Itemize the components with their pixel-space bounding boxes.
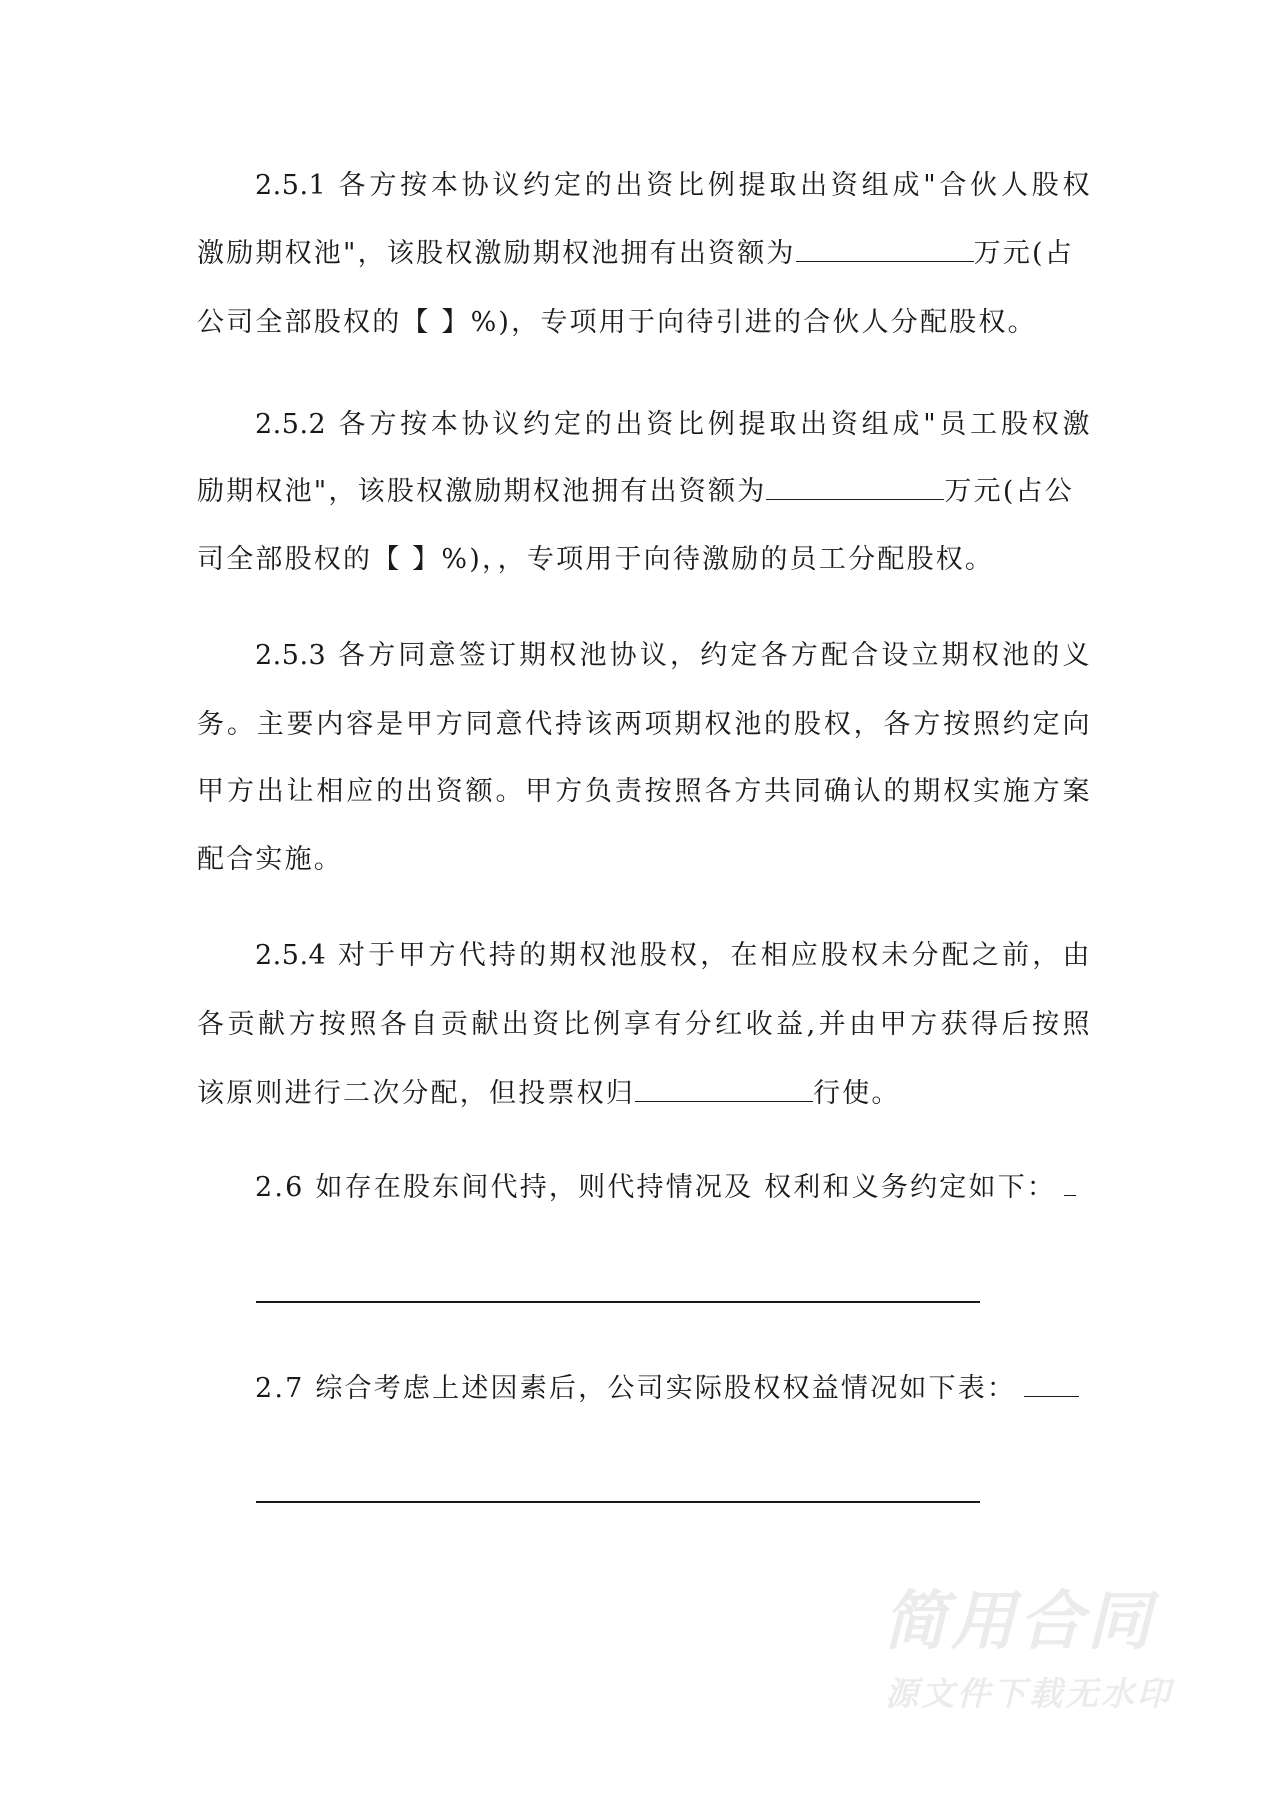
clause-text: 2.6 如存在股东间代持，则代持情况及 权利和义务约定如下：: [255, 1172, 1056, 1203]
clause-2-5-1-line-1: 2.5.1 各方按本协议约定的出资比例提取出资组成"合伙人股权: [255, 166, 1090, 206]
clause-2-5-3-line-3: 甲方出让相应的出资额。甲方负责按照各方共同确认的期权实施方案: [197, 772, 1090, 812]
clause-text: 行使。: [813, 1078, 901, 1109]
clause-2-5-3-line-4: 配合实施。: [197, 840, 343, 880]
watermark-logo: 简用合同: [883, 1586, 1179, 1658]
clause-2-6-line-1: 2.6 如存在股东间代持，则代持情况及 权利和义务约定如下：: [255, 1168, 1076, 1208]
clause-2-5-4-line-3: 该原则进行二次分配，但投票权归行使。: [197, 1074, 901, 1114]
proxy-holding-fill-line[interactable]: [256, 1301, 980, 1303]
watermark-subtitle: 源文件下载无水印: [885, 1674, 1181, 1714]
equity-table-fill-line[interactable]: [256, 1501, 980, 1503]
clause-text: 万元(占: [974, 238, 1074, 269]
document-page: 2.5.1 各方按本协议约定的出资比例提取出资组成"合伙人股权 激励期权池"，该…: [0, 0, 1280, 1810]
clause-2-5-2-line-2: 励期权池"，该股权激励期权池拥有出资额为万元(占公: [197, 472, 1090, 512]
clause-2-5-4-line-2: 各贡献方按照各自贡献出资比例享有分红收益,并由甲方获得后按照: [197, 1005, 1090, 1045]
clause-2-5-2-line-1: 2.5.2 各方按本协议约定的出资比例提取出资组成"员工股权激: [255, 405, 1090, 445]
capital-amount-blank[interactable]: [766, 473, 944, 500]
equity-table-blank[interactable]: [1024, 1370, 1079, 1397]
clause-2-5-4-line-1: 2.5.4 对于甲方代持的期权池股权，在相应股权未分配之前，由: [255, 936, 1090, 976]
clause-text: 激励期权池"，该股权激励期权池拥有出资额为: [197, 238, 796, 269]
clause-2-5-1-line-2: 激励期权池"，该股权激励期权池拥有出资额为万元(占: [197, 234, 1090, 274]
clause-2-5-3-line-2: 务。主要内容是甲方同意代持该两项期权池的股权，各方按照约定向: [197, 705, 1090, 745]
clause-text: 2.7 综合考虑上述因素后，公司实际股权权益情况如下表：: [255, 1373, 1016, 1404]
clause-2-5-3-line-1: 2.5.3 各方同意签订期权池协议，约定各方配合设立期权池的义: [255, 636, 1090, 676]
clause-2-5-2-line-3: 司全部股权的【 】%)，，专项用于向待激励的员工分配股权。: [197, 540, 994, 580]
clause-2-5-1-line-3: 公司全部股权的【 】%)，专项用于向待引进的合伙人分配股权。: [197, 303, 1037, 343]
clause-text: 励期权池"，该股权激励期权池拥有出资额为: [197, 476, 766, 507]
capital-amount-blank[interactable]: [796, 235, 974, 262]
voting-right-holder-blank[interactable]: [635, 1075, 813, 1102]
clause-text: 该原则进行二次分配，但投票权归: [197, 1078, 635, 1109]
clause-2-7-line-1: 2.7 综合考虑上述因素后，公司实际股权权益情况如下表：: [255, 1369, 1079, 1409]
clause-text: 万元(占公: [944, 476, 1074, 507]
proxy-holding-blank[interactable]: [1064, 1169, 1076, 1196]
